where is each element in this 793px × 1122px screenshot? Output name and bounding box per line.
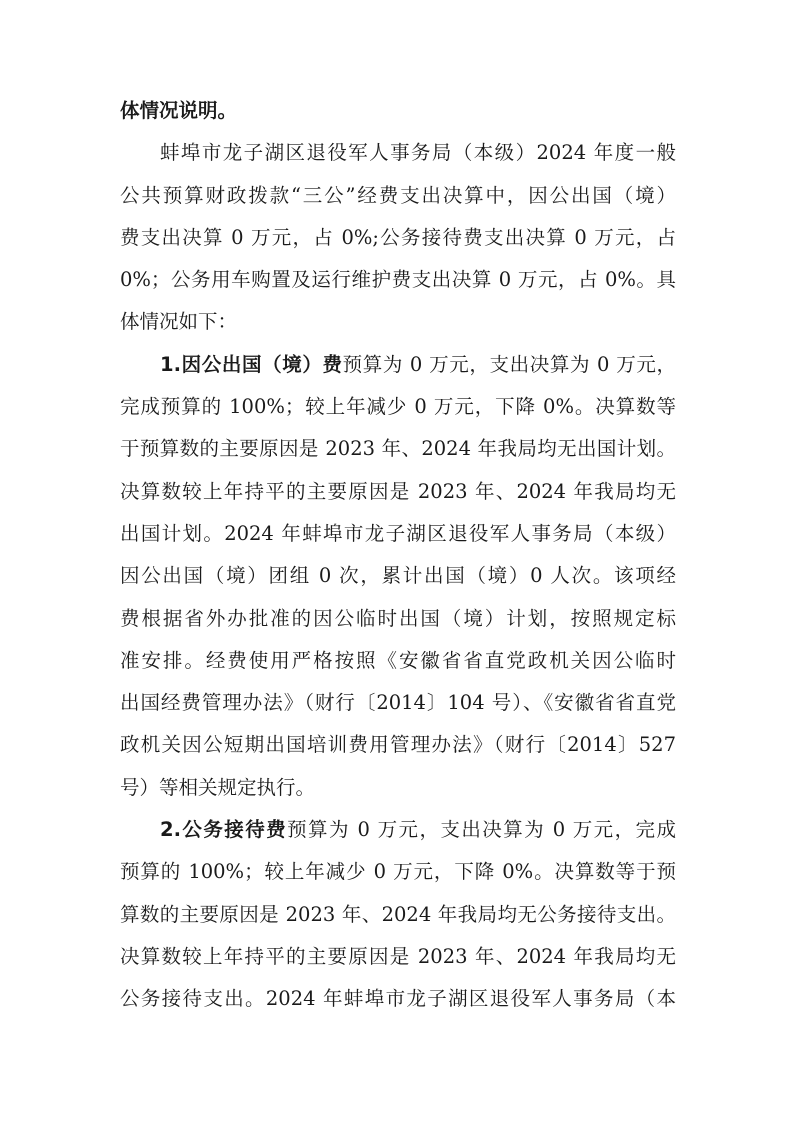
section-2-paragraph: 2.公务接待费预算为 0 万元，支出决算为 0 万元，完成 预算的 100%；较… [120,809,676,1020]
document-page: 体情况说明。 蚌埠市龙子湖区退役军人事务局（本级）2024 年度一般 公共预算财… [120,90,676,1021]
paragraph-line: 预算的 100%；较上年减少 0 万元，下降 0%。决算数等于预 [120,851,676,893]
paragraph-line: 出国计划。2024 年蚌埠市龙子湖区退役军人事务局（本级） [120,513,676,555]
section-2-title: 2.公务接待费 [160,818,287,841]
section-1-title: 1.因公出国（境）费 [160,353,343,376]
paragraph-line: 费根据省外办批准的因公临时出国（境）计划，按照规定标 [120,598,676,640]
section-heading-continuation: 体情况说明。 [120,90,676,132]
paragraph-line: 公共预算财政拨款“三公”经费支出决算中，因公出国（境） [120,175,676,217]
paragraph-line: 准安排。经费使用严格按照《安徽省省直党政机关因公临时 [120,640,676,682]
section-1-first-line: 预算为 0 万元，支出决算为 0 万元， [343,353,676,376]
paragraph-line: 决算数较上年持平的主要原因是 2023 年、2024 年我局均无 [120,936,676,978]
paragraph-line: 号）等相关规定执行。 [120,767,676,809]
paragraph-line: 于预算数的主要原因是 2023 年、2024 年我局均无出国计划。 [120,428,676,470]
paragraph-line: 费支出决算 0 万元，占 0%;公务接待费支出决算 0 万元，占 [120,217,676,259]
paragraph-line: 1.因公出国（境）费预算为 0 万元，支出决算为 0 万元， [120,344,676,386]
section-1-paragraph: 1.因公出国（境）费预算为 0 万元，支出决算为 0 万元， 完成预算的 100… [120,344,676,809]
paragraph-line: 0%；公务用车购置及运行维护费支出决算 0 万元，占 0%。具 [120,259,676,301]
paragraph-line: 算数的主要原因是 2023 年、2024 年我局均无公务接待支出。 [120,894,676,936]
paragraph-line: 决算数较上年持平的主要原因是 2023 年、2024 年我局均无 [120,471,676,513]
intro-paragraph: 蚌埠市龙子湖区退役军人事务局（本级）2024 年度一般 公共预算财政拨款“三公”… [120,132,676,343]
paragraph-line: 出国经费管理办法》（财行〔2014〕104 号）、《安徽省省直党 [120,682,676,724]
paragraph-line: 政机关因公短期出国培训费用管理办法》（财行〔2014〕527 [120,724,676,766]
section-2-first-line: 预算为 0 万元，支出决算为 0 万元，完成 [287,818,676,841]
paragraph-line: 因公出国（境）团组 0 次，累计出国（境）0 人次。该项经 [120,555,676,597]
paragraph-line: 2.公务接待费预算为 0 万元，支出决算为 0 万元，完成 [120,809,676,851]
paragraph-line: 蚌埠市龙子湖区退役军人事务局（本级）2024 年度一般 [120,132,676,174]
paragraph-line: 公务接待支出。2024 年蚌埠市龙子湖区退役军人事务局（本 [120,978,676,1020]
paragraph-line: 完成预算的 100%；较上年减少 0 万元，下降 0%。决算数等 [120,386,676,428]
paragraph-line: 体情况如下： [120,301,676,343]
